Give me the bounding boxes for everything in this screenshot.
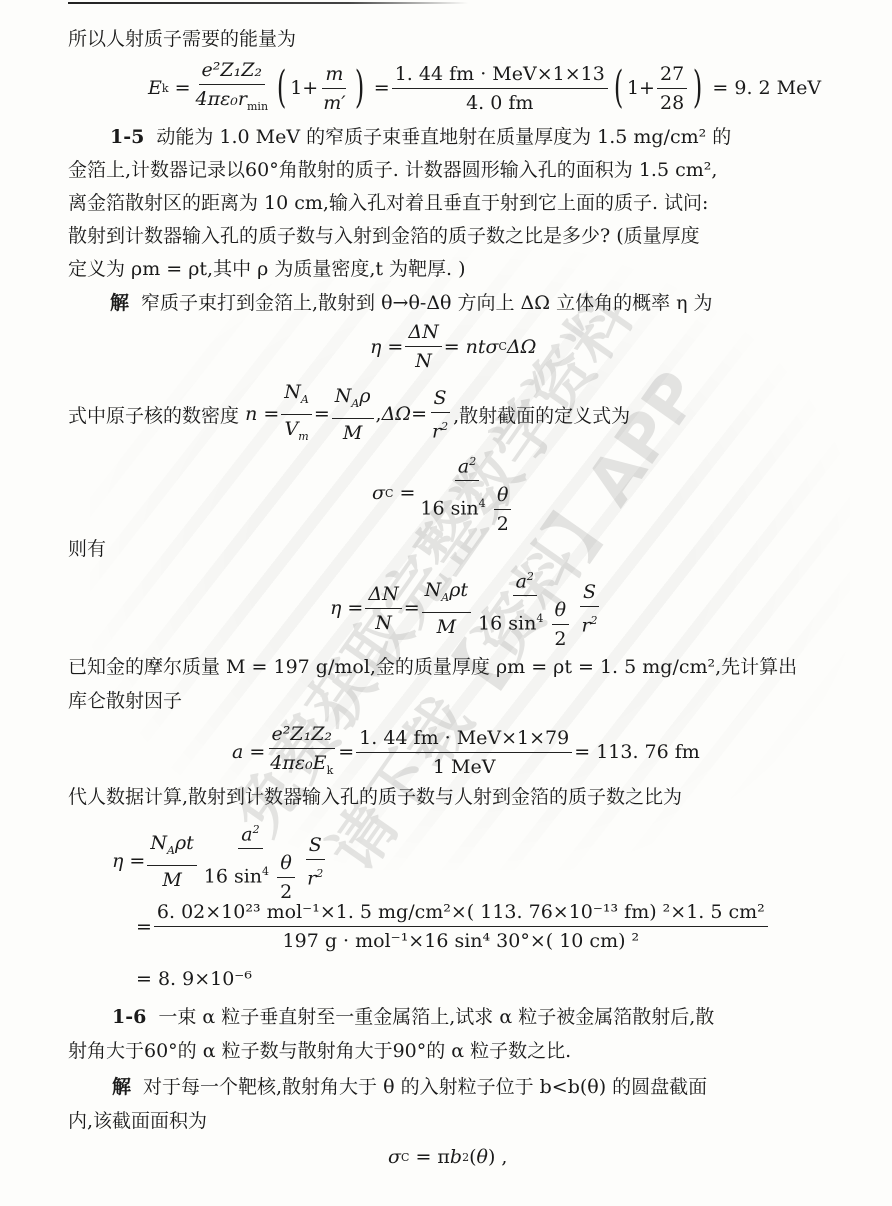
- equation-eta: η = ΔNN = ntσCΔΩ: [370, 320, 536, 373]
- equation-eta-numeric: =6. 02×10²³ mol⁻¹×1. 5 mg/cm²×( 113. 76×…: [136, 900, 770, 953]
- equation-eta-full: η = ΔNN= NAρtM a216 sin4 θ2 Sr2: [330, 565, 603, 651]
- equation-coulomb-factor: a = e²Z₁Z₂4πε₀Ek= 1. 44 fm · MeV×1×791 M…: [232, 722, 700, 783]
- problem-number: 1-6: [112, 1006, 146, 1028]
- problem-number: 1-5: [110, 126, 144, 148]
- problem-1-6-line-2: 射角大于60°的 α 粒子数与散射角大于90°的 α 粒子数之比.: [68, 1038, 571, 1064]
- problem-1-5-line-4: 散射到计数器输入孔的质子数与入射到金箔的质子数之比是多少? (质量厚度: [68, 223, 700, 249]
- problem-1-5-line-1: 1-5动能为 1.0 MeV 的窄质子束垂直地射在质量厚度为 1.5 mg/cm…: [110, 124, 731, 150]
- solution-label: 解: [112, 1076, 131, 1098]
- page-top-rule: [68, 2, 468, 4]
- problem-1-5-line-5: 定义为 ρm = ρt,其中 ρ 为质量密度,t 为靶厚. ): [68, 256, 466, 282]
- known-line-2: 库仑散射因子: [68, 688, 182, 714]
- solution-label: 解: [110, 292, 129, 314]
- problem-1-6-line-1: 1-6一束 α 粒子垂直射至一重金属箔上,试求 α 粒子被金属箔散射后,散: [112, 1004, 714, 1030]
- problem-1-5-line-3: 离金箔散射区的距离为 10 cm,输入孔对着且垂直于射到它上面的质子. 试问:: [68, 190, 708, 216]
- equation-eta-symbolic: η = NAρtM a216 sin4 θ2 Sr2: [112, 818, 328, 904]
- density-line: 式中原子核的数密度 n = NAVm= NAρM,ΔΩ= Sr2 ,散射截面的定…: [68, 380, 630, 449]
- solution-1-6-line-2: 内,该截面面积为: [68, 1108, 207, 1134]
- equation-eta-result: = 8. 9×10⁻⁶: [136, 966, 252, 992]
- solution-1-5-intro: 解窄质子束打到金箔上,散射到 θ→θ-Δθ 方向上 ΔΩ 立体角的概率 η 为: [110, 290, 713, 316]
- text-then: 则有: [68, 536, 106, 562]
- problem-1-5-line-2: 金箔上,计数器记录以60°角散射的质子. 计数器圆形输入孔的面积为 1.5 cm…: [68, 157, 717, 183]
- equation-energy: Ek = e²Z₁Z₂ 4πε₀rmin (1+ mm′) = 1. 44 fm…: [148, 58, 821, 119]
- known-line-1: 已知金的摩尔质量 M = 197 g/mol,金的质量厚度 ρm = ρt = …: [68, 654, 797, 680]
- equation-sigma-c: σC = a216 sin4 θ2: [372, 450, 519, 536]
- equation-cross-section: σC = πb2(θ) ,: [388, 1146, 507, 1168]
- substitute-line: 代人数据计算,散射到计数器输入孔的质子数与人射到金箔的质子数之比为: [68, 784, 682, 810]
- text-energy-intro: 所以人射质子需要的能量为: [68, 26, 296, 52]
- solution-1-6-line-1: 解对于每一个靶核,散射角大于 θ 的入射粒子位于 b<b(θ) 的圆盘截面: [112, 1074, 707, 1100]
